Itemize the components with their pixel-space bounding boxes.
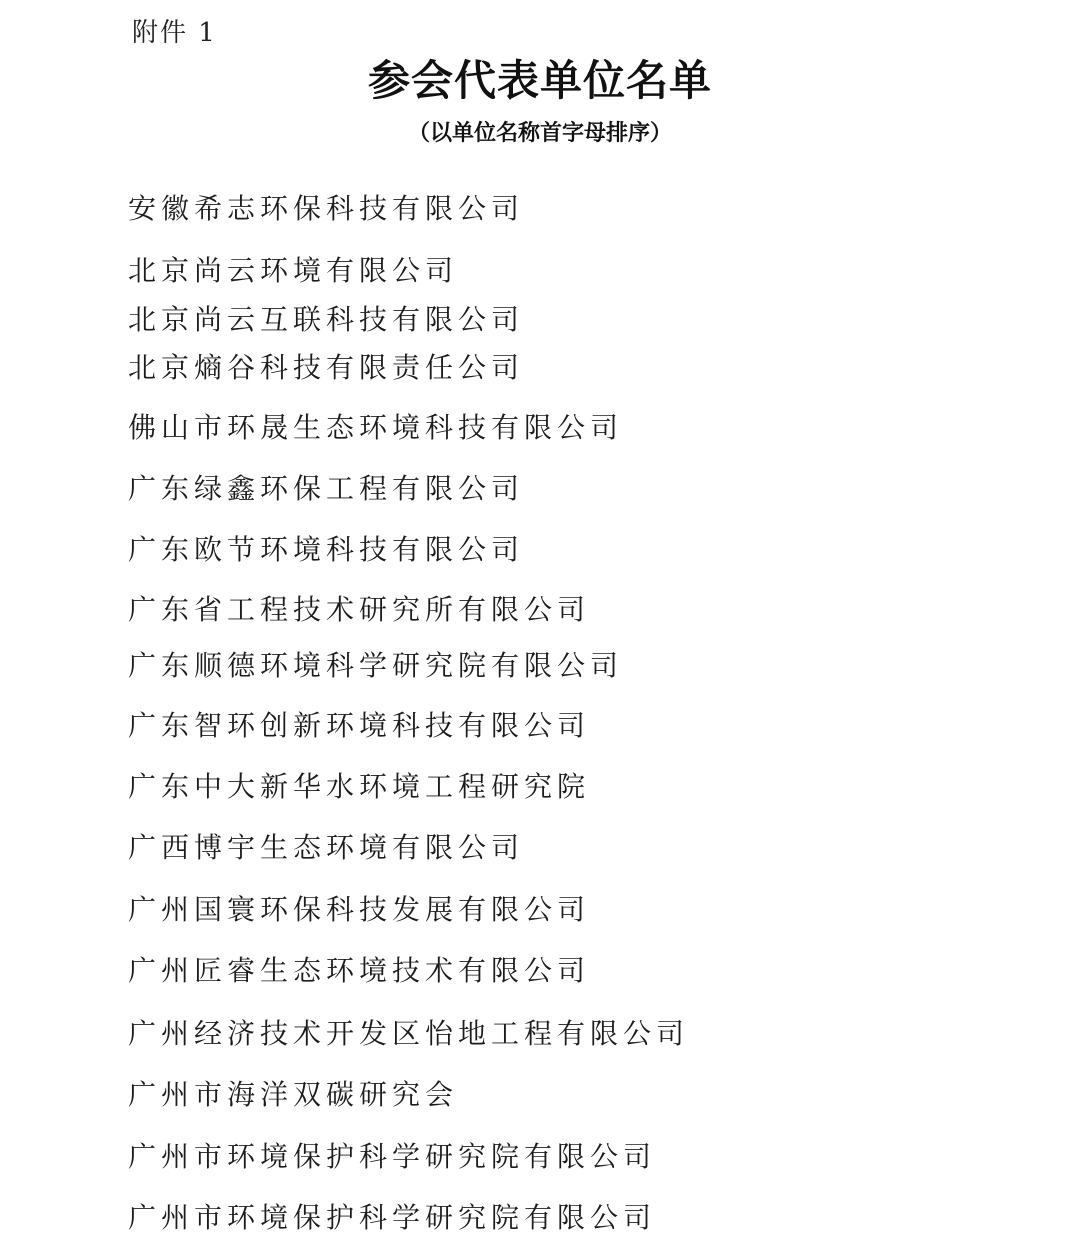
organization-item: 北京尚云互联科技有限公司: [128, 302, 524, 338]
organization-item: 广州市海洋双碳研究会: [128, 1077, 458, 1113]
organization-item: 广东中大新华水环境工程研究院: [128, 769, 590, 805]
organization-item: 广州国寰环保科技发展有限公司: [128, 892, 590, 928]
organization-item: 广西博宇生态环境有限公司: [128, 830, 524, 866]
document-subtitle: （以单位名称首字母排序）: [0, 116, 1080, 147]
organization-item: 广东欧节环境科技有限公司: [128, 532, 524, 568]
document-title: 参会代表单位名单: [0, 48, 1080, 108]
organization-item: 广东顺德环境科学研究院有限公司: [128, 648, 623, 684]
organization-item: 广东绿鑫环保工程有限公司: [128, 471, 524, 507]
organization-item: 安徽希志环保科技有限公司: [128, 191, 524, 227]
organization-item: 广东省工程技术研究所有限公司: [128, 592, 590, 628]
organization-item: 佛山市环晟生态环境科技有限公司: [128, 410, 623, 446]
organization-item: 北京熵谷科技有限责任公司: [128, 350, 524, 386]
organization-item: 广州市环境保护科学研究院有限公司: [128, 1200, 656, 1236]
organization-item: 广东智环创新环境科技有限公司: [128, 708, 590, 744]
document-title-text: 参会代表单位名单: [368, 48, 712, 108]
attachment-label: 附件 1: [132, 12, 217, 49]
organization-item: 广州市环境保护科学研究院有限公司: [128, 1139, 656, 1175]
organization-item: 北京尚云环境有限公司: [128, 253, 458, 289]
organization-item: 广州经济技术开发区怡地工程有限公司: [128, 1016, 689, 1052]
organization-item: 广州匠睿生态环境技术有限公司: [128, 953, 590, 989]
